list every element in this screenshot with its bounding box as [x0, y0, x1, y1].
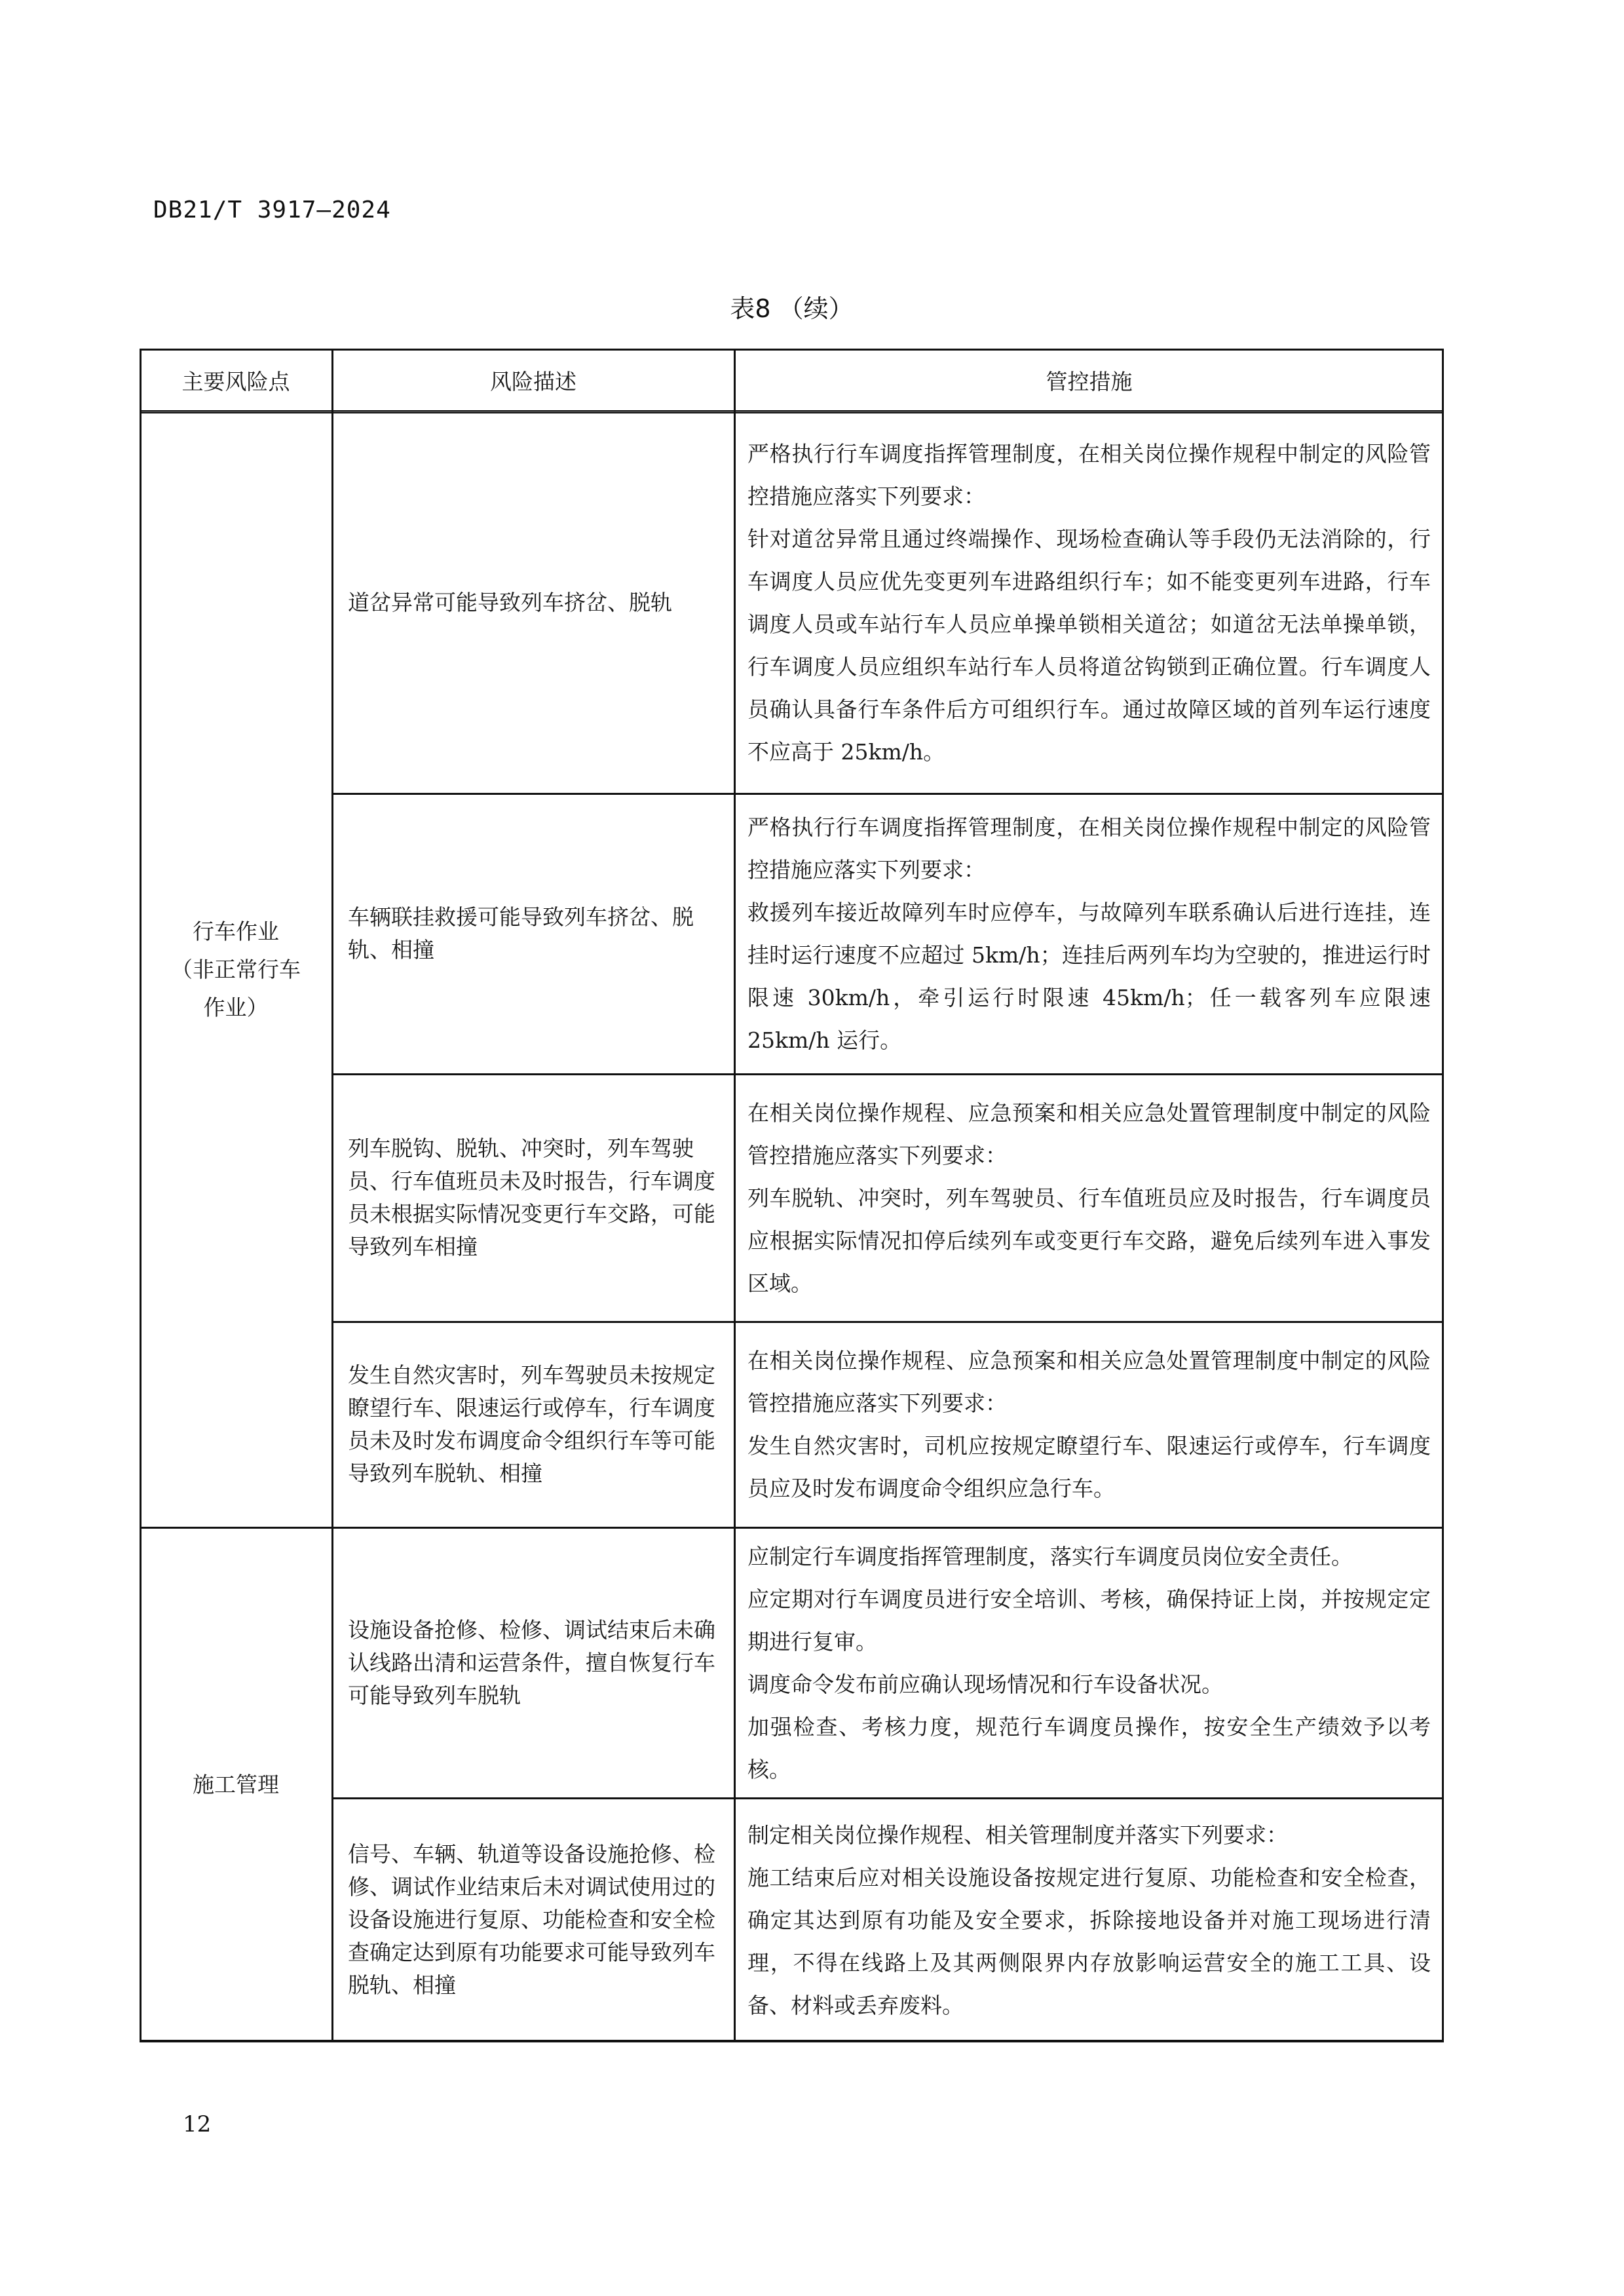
- control-measures-text: 制定相关岗位操作规程、相关管理制度并落实下列要求： 施工结束后应对相关设施设备按…: [734, 1814, 1444, 2027]
- risk-description-text: 发生自然灾害时，列车驾驶员未按规定瞭望行车、限速运行或停车，行车调度员未及时发布…: [332, 1359, 734, 1490]
- table-title: 表8 （续）: [140, 288, 1444, 324]
- row-divider: [332, 1797, 1444, 1799]
- table-border-top: [140, 349, 1444, 351]
- doc-code: DB21/T 3917—2024: [153, 197, 391, 223]
- column-header-label: 主要风险点: [182, 365, 290, 396]
- table-row-measures: 应制定行车调度指挥管理制度，落实行车调度员岗位安全责任。 应定期对行车调度员进行…: [734, 1527, 1444, 1798]
- risk-point-cell: 行车作业 （非正常行车 作业）: [140, 411, 332, 1527]
- table-row-description: 设施设备抢修、检修、调试结束后未确认线路出清和运营条件，擅自恢复行车可能导致列车…: [332, 1527, 734, 1798]
- control-measures-text: 在相关岗位操作规程、应急预案和相关应急处置管理制度中制定的风险管控措施应落实下列…: [734, 1092, 1444, 1305]
- column-divider: [331, 349, 333, 2042]
- control-measures-text: 严格执行行车调度指挥管理制度，在相关岗位操作规程中制定的风险管控措施应落实下列要…: [734, 432, 1444, 773]
- risk-point-label: 行车作业 （非正常行车 作业）: [171, 913, 301, 1027]
- table-border-left: [140, 349, 142, 2042]
- table-border-bottom: [140, 2040, 1444, 2042]
- table-row-measures: 在相关岗位操作规程、应急预案和相关应急处置管理制度中制定的风险管控措施应落实下列…: [734, 1074, 1444, 1322]
- header-divider: [140, 410, 1444, 413]
- column-header-control-measures: 管控措施: [734, 349, 1444, 411]
- risk-description-text: 信号、车辆、轨道等设备设施抢修、检修、调试作业结束后未对调试使用过的设备设施进行…: [332, 1838, 734, 2002]
- table-row-measures: 严格执行行车调度指挥管理制度，在相关岗位操作规程中制定的风险管控措施应落实下列要…: [734, 411, 1444, 794]
- row-divider: [332, 1321, 1444, 1323]
- table-row-measures: 严格执行行车调度指挥管理制度，在相关岗位操作规程中制定的风险管控措施应落实下列要…: [734, 794, 1444, 1074]
- table-row-description: 车辆联挂救援可能导致列车挤岔、脱轨、相撞: [332, 794, 734, 1074]
- column-header-label: 风险描述: [490, 365, 576, 396]
- column-header-risk-point: 主要风险点: [140, 349, 332, 411]
- column-header-risk-description: 风险描述: [332, 349, 734, 411]
- risk-point-label: 施工管理: [193, 1766, 279, 1804]
- risk-description-text: 列车脱钩、脱轨、冲突时，列车驾驶员、行车值班员未及时报告，行车调度员未根据实际情…: [332, 1132, 734, 1263]
- table-row-description: 信号、车辆、轨道等设备设施抢修、检修、调试作业结束后未对调试使用过的设备设施进行…: [332, 1798, 734, 2042]
- row-divider: [332, 1073, 1444, 1075]
- row-divider: [332, 793, 1444, 795]
- control-measures-text: 在相关岗位操作规程、应急预案和相关应急处置管理制度中制定的风险管控措施应落实下列…: [734, 1339, 1444, 1510]
- column-divider: [734, 349, 736, 2042]
- group-divider: [140, 1527, 1444, 1529]
- column-header-label: 管控措施: [1046, 365, 1133, 396]
- table-row-measures: 在相关岗位操作规程、应急预案和相关应急处置管理制度中制定的风险管控措施应落实下列…: [734, 1322, 1444, 1527]
- risk-point-cell: 施工管理: [140, 1527, 332, 2042]
- risk-description-text: 车辆联挂救援可能导致列车挤岔、脱轨、相撞: [332, 901, 734, 966]
- control-measures-text: 严格执行行车调度指挥管理制度，在相关岗位操作规程中制定的风险管控措施应落实下列要…: [734, 806, 1444, 1062]
- table-border-right: [1442, 349, 1444, 2042]
- table-row-measures: 制定相关岗位操作规程、相关管理制度并落实下列要求： 施工结束后应对相关设施设备按…: [734, 1798, 1444, 2042]
- table-row-description: 发生自然灾害时，列车驾驶员未按规定瞭望行车、限速运行或停车，行车调度员未及时发布…: [332, 1322, 734, 1527]
- risk-table: 主要风险点 风险描述 管控措施 行车作业 （非正常行车 作业） 施工管理 道岔异…: [140, 349, 1444, 2042]
- page-number: 12: [183, 2111, 211, 2137]
- table-row-description: 列车脱钩、脱轨、冲突时，列车驾驶员、行车值班员未及时报告，行车调度员未根据实际情…: [332, 1074, 734, 1322]
- risk-description-text: 设施设备抢修、检修、调试结束后未确认线路出清和运营条件，擅自恢复行车可能导致列车…: [332, 1614, 734, 1712]
- risk-description-text: 道岔异常可能导致列车挤岔、脱轨: [332, 586, 687, 619]
- table-row-description: 道岔异常可能导致列车挤岔、脱轨: [332, 411, 734, 794]
- control-measures-text: 应制定行车调度指挥管理制度，落实行车调度员岗位安全责任。 应定期对行车调度员进行…: [734, 1535, 1444, 1791]
